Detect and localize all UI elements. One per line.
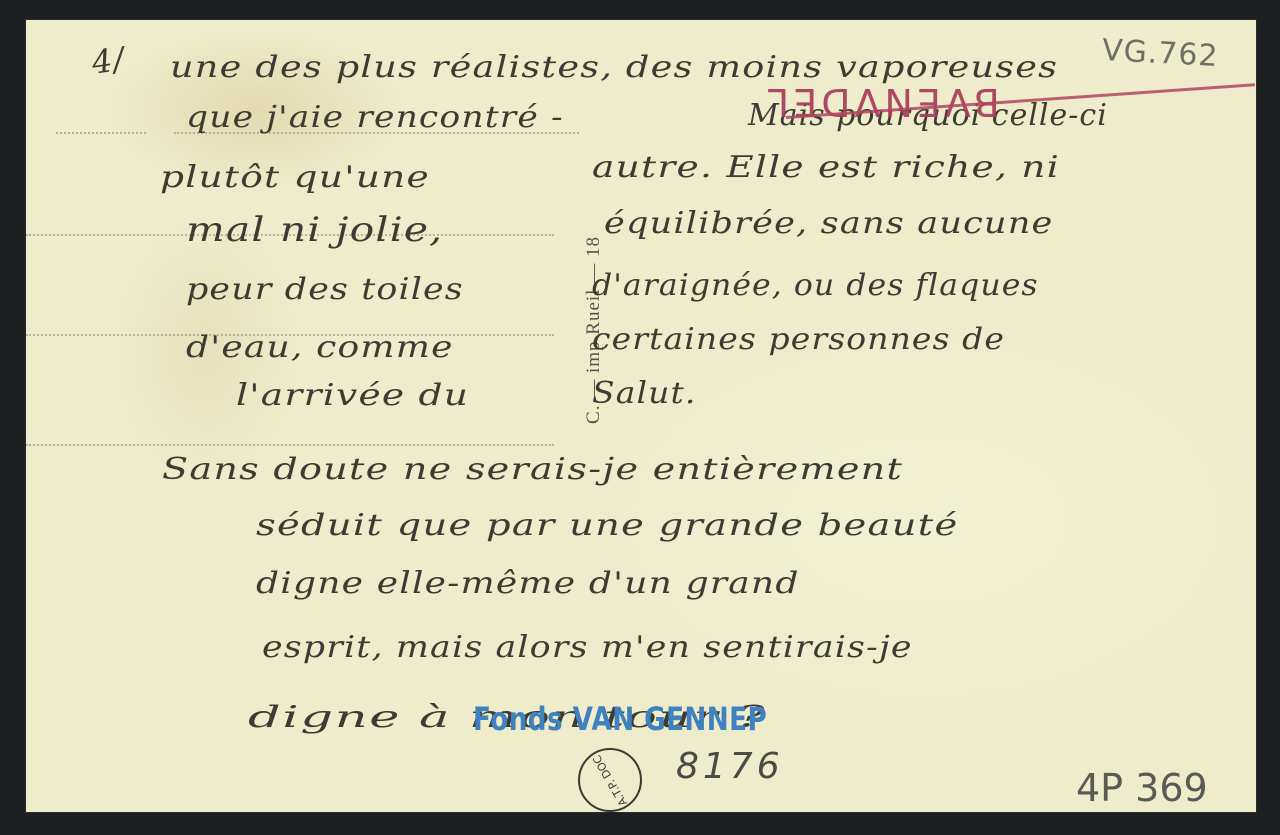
postcard: C. — imp Rueil — 18 4/ une des plus réal…: [26, 20, 1256, 812]
inventory-number: 8176: [676, 746, 784, 787]
atp-doc-stamp-text: A.T.P. DOC: [590, 752, 629, 807]
handwriting-line-5a: peur des toiles: [186, 272, 464, 307]
handwriting-line-9: séduit que par une grande beauté: [256, 508, 958, 543]
handwriting-line-3b: autre. Elle est riche, ni: [592, 150, 1060, 185]
catalog-number-top: VG.762: [1101, 33, 1219, 74]
handwriting-line-4b: équilibrée, sans aucune: [604, 206, 1053, 241]
handwriting-line-6a: d'eau, comme: [186, 330, 454, 365]
handwriting-line-3a: plutôt qu'une: [160, 160, 430, 195]
handwriting-line-8: Sans doute ne serais-je entièrement: [162, 452, 903, 487]
handwriting-page-number: 4/: [89, 40, 127, 82]
handwriting-line-11: esprit, mais alors m'en sentirais-je: [262, 630, 913, 665]
handwriting-line-7a: l'arrivée du: [236, 378, 469, 413]
handwriting-line-4a: mal ni jolie,: [186, 210, 443, 250]
atp-doc-round-stamp: A.T.P. DOC: [578, 748, 642, 812]
fonds-van-gennep-stamp: Fonds VAN GENNEP: [473, 700, 767, 738]
catalog-number-bottom: 4P 369: [1076, 766, 1208, 810]
handwriting-line-5b: d'araignée, ou des flaques: [592, 268, 1039, 303]
handwriting-line-10: digne elle-même d'un grand: [256, 566, 800, 601]
handwriting-line-7b: Salut.: [592, 376, 696, 411]
dotted-rule: [56, 132, 146, 134]
dotted-rule: [26, 444, 554, 446]
handwriting-line-2a: que j'aie rencontré -: [186, 100, 564, 135]
handwriting-line-6b: certaines personnes de: [592, 322, 1005, 357]
